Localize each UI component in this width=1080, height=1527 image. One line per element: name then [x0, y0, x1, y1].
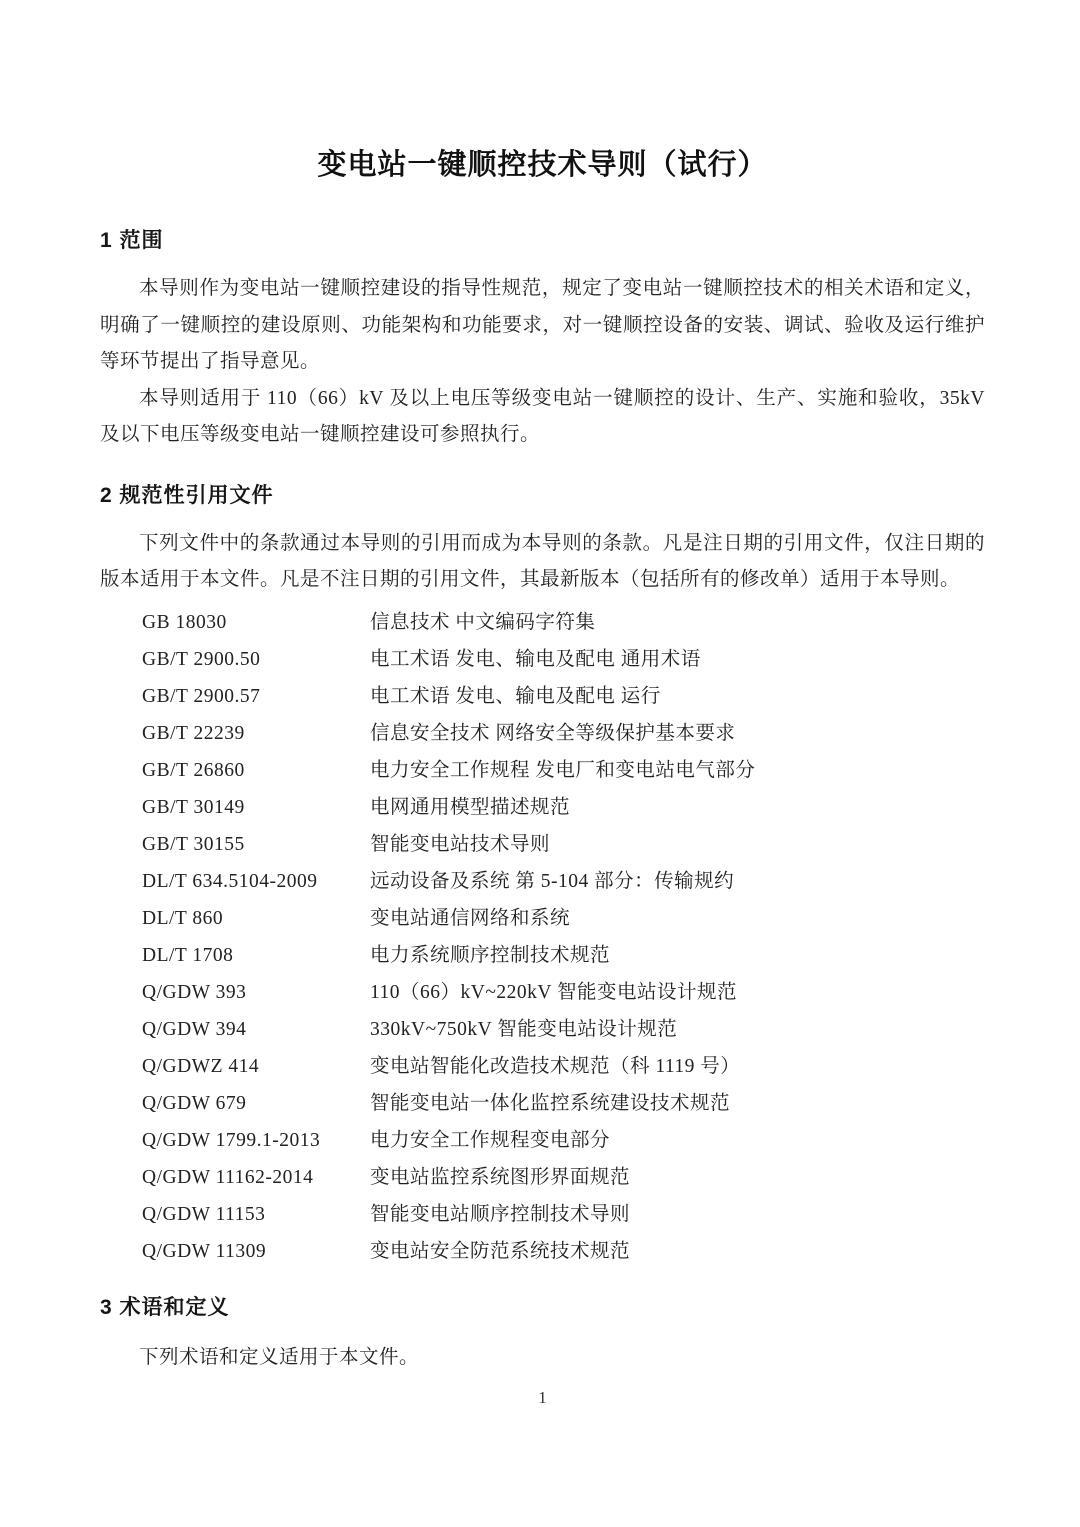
reference-row: GB/T 30149 电网通用模型描述规范	[100, 789, 985, 826]
reference-title: 变电站智能化改造技术规范（科 1119 号）	[370, 1048, 985, 1085]
reference-row: Q/GDW 11153 智能变电站顺序控制技术导则	[100, 1196, 985, 1233]
reference-title: 远动设备及系统 第 5-104 部分：传输规约	[370, 863, 985, 900]
terms-intro-paragraph: 下列术语和定义适用于本文件。	[100, 1340, 985, 1377]
reference-row: Q/GDW 394 330kV~750kV 智能变电站设计规范	[100, 1011, 985, 1048]
reference-title: 电力安全工作规程变电部分	[370, 1122, 985, 1159]
page-number: 1	[100, 1386, 985, 1410]
reference-title: 110（66）kV~220kV 智能变电站设计规范	[370, 974, 985, 1011]
section-heading-terms: 3 术语和定义	[100, 1294, 985, 1321]
references-list: GB 18030 信息技术 中文编码字符集 GB/T 2900.50 电工术语 …	[100, 604, 985, 1270]
reference-code: DL/T 860	[142, 900, 370, 937]
reference-code: Q/GDW 1799.1-2013	[142, 1122, 370, 1159]
reference-row: DL/T 860 变电站通信网络和系统	[100, 900, 985, 937]
reference-title: 电工术语 发电、输电及配电 通用术语	[370, 641, 985, 678]
reference-row: GB 18030 信息技术 中文编码字符集	[100, 604, 985, 641]
reference-title: 电力安全工作规程 发电厂和变电站电气部分	[370, 752, 985, 789]
reference-row: Q/GDW 11162-2014 变电站监控系统图形界面规范	[100, 1159, 985, 1196]
section-heading-scope: 1 范围	[100, 227, 985, 254]
reference-title: 330kV~750kV 智能变电站设计规范	[370, 1011, 985, 1048]
reference-row: GB/T 2900.50 电工术语 发电、输电及配电 通用术语	[100, 641, 985, 678]
reference-code: GB/T 2900.57	[142, 678, 370, 715]
document-page: 变电站一键顺控技术导则（试行） 1 范围 本导则作为变电站一键顺控建设的指导性规…	[0, 0, 1080, 1527]
document-title: 变电站一键顺控技术导则（试行）	[100, 0, 985, 184]
reference-code: Q/GDW 679	[142, 1085, 370, 1122]
references-intro-paragraph: 下列文件中的条款通过本导则的引用而成为本导则的条款。凡是注日期的引用文件，仅注日…	[100, 526, 985, 599]
reference-row: Q/GDW 1799.1-2013 电力安全工作规程变电部分	[100, 1122, 985, 1159]
scope-paragraph-1: 本导则作为变电站一键顺控建设的指导性规范，规定了变电站一键顺控技术的相关术语和定…	[100, 271, 985, 381]
reference-row: Q/GDW 393 110（66）kV~220kV 智能变电站设计规范	[100, 974, 985, 1011]
reference-row: GB/T 22239 信息安全技术 网络安全等级保护基本要求	[100, 715, 985, 752]
reference-title: 变电站通信网络和系统	[370, 900, 985, 937]
scope-paragraph-2: 本导则适用于 110（66）kV 及以上电压等级变电站一键顺控的设计、生产、实施…	[100, 381, 985, 454]
reference-row: DL/T 634.5104-2009 远动设备及系统 第 5-104 部分：传输…	[100, 863, 985, 900]
reference-code: DL/T 1708	[142, 937, 370, 974]
reference-code: Q/GDW 393	[142, 974, 370, 1011]
section-heading-references: 2 规范性引用文件	[100, 482, 985, 509]
reference-code: Q/GDW 11309	[142, 1233, 370, 1270]
reference-code: Q/GDW 11162-2014	[142, 1159, 370, 1196]
reference-title: 电力系统顺序控制技术规范	[370, 937, 985, 974]
reference-row: GB/T 30155 智能变电站技术导则	[100, 826, 985, 863]
reference-code: GB/T 2900.50	[142, 641, 370, 678]
reference-title: 信息安全技术 网络安全等级保护基本要求	[370, 715, 985, 752]
reference-row: DL/T 1708 电力系统顺序控制技术规范	[100, 937, 985, 974]
reference-title: 电网通用模型描述规范	[370, 789, 985, 826]
reference-row: Q/GDW 679 智能变电站一体化监控系统建设技术规范	[100, 1085, 985, 1122]
reference-code: Q/GDWZ 414	[142, 1048, 370, 1085]
reference-code: GB/T 30155	[142, 826, 370, 863]
reference-title: 智能变电站顺序控制技术导则	[370, 1196, 985, 1233]
reference-title: 智能变电站一体化监控系统建设技术规范	[370, 1085, 985, 1122]
reference-code: GB/T 26860	[142, 752, 370, 789]
reference-code: GB/T 22239	[142, 715, 370, 752]
reference-code: Q/GDW 11153	[142, 1196, 370, 1233]
reference-code: GB 18030	[142, 604, 370, 641]
reference-title: 智能变电站技术导则	[370, 826, 985, 863]
reference-title: 变电站监控系统图形界面规范	[370, 1159, 985, 1196]
reference-code: DL/T 634.5104-2009	[142, 863, 370, 900]
reference-title: 信息技术 中文编码字符集	[370, 604, 985, 641]
reference-title: 电工术语 发电、输电及配电 运行	[370, 678, 985, 715]
reference-title: 变电站安全防范系统技术规范	[370, 1233, 985, 1270]
reference-row: GB/T 2900.57 电工术语 发电、输电及配电 运行	[100, 678, 985, 715]
reference-row: Q/GDWZ 414 变电站智能化改造技术规范（科 1119 号）	[100, 1048, 985, 1085]
reference-code: GB/T 30149	[142, 789, 370, 826]
reference-code: Q/GDW 394	[142, 1011, 370, 1048]
reference-row: GB/T 26860 电力安全工作规程 发电厂和变电站电气部分	[100, 752, 985, 789]
reference-row: Q/GDW 11309 变电站安全防范系统技术规范	[100, 1233, 985, 1270]
